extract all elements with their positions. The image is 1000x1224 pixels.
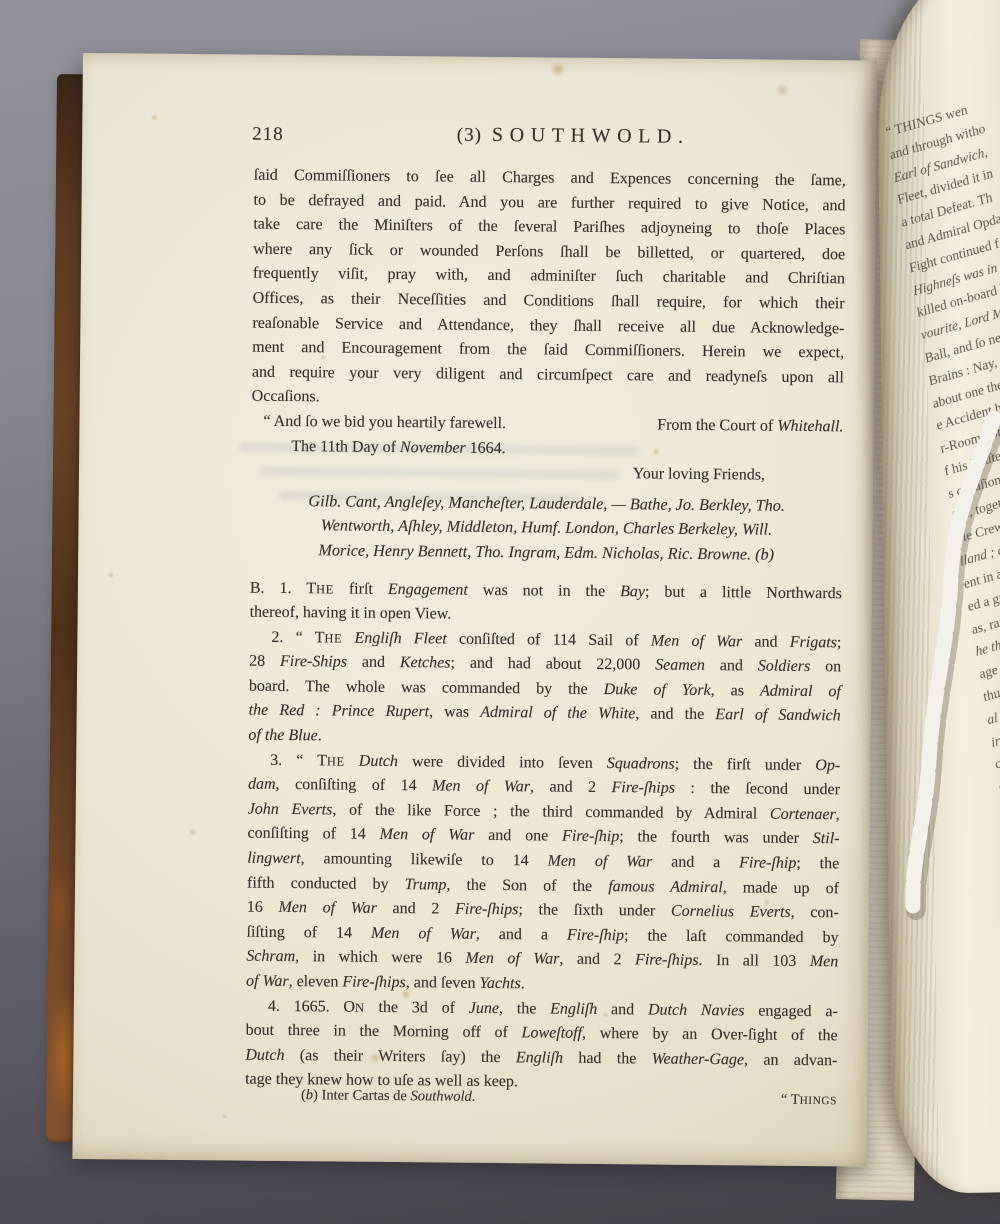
- text-segment: 2. “ T: [271, 629, 324, 647]
- text-segment: Fire-ſhips: [611, 779, 675, 797]
- text-segment: ; the fourth was under: [619, 829, 813, 848]
- text-segment: 4. 1665. O: [268, 997, 355, 1015]
- footnote: (b) Inter Cartas de Southwold.: [301, 1087, 476, 1106]
- text-segment: Engagement: [388, 580, 468, 598]
- text-segment: on: [810, 658, 841, 675]
- text-segment: ,: [836, 806, 840, 823]
- paragraph: ſaid Commiſſioners to ſee all Charges an…: [252, 164, 846, 416]
- text-segment: Fire-ſhip: [567, 926, 624, 944]
- text-segment: to be defrayed and paid. And you are fur…: [254, 191, 846, 214]
- text-segment: 3. “ T: [270, 751, 327, 769]
- text-segment: Men of War: [371, 925, 476, 943]
- page-number: 218: [252, 123, 284, 148]
- text-segment: , and 2: [530, 779, 612, 797]
- text-segment: ; and had about 22,000: [450, 655, 655, 674]
- text-segment: Fire-ſhip: [562, 828, 619, 846]
- text-segment: dam: [248, 776, 276, 793]
- text-segment: Trump: [405, 876, 447, 893]
- text-segment: Dutch: [245, 1046, 284, 1063]
- text-segment: Whitehall.: [777, 418, 843, 436]
- text-segment: Your loving Friends,: [633, 465, 765, 483]
- text-segment: and one: [474, 827, 562, 845]
- text-segment: ; but a little Northwards: [645, 583, 842, 602]
- text-segment: John Everts: [248, 800, 333, 818]
- left-page: 218 (3)SOUTHWOLD. ſaid Commiſſioners to …: [72, 53, 877, 1167]
- text-segment: and: [597, 1001, 648, 1018]
- text-segment: “ And ſo we bid you heartily farewell.: [263, 413, 506, 432]
- text-segment: Admiral of the White: [480, 704, 635, 722]
- text-segment: ; the ſixth under: [518, 901, 671, 919]
- text-segment: ſiſting of 14: [246, 923, 371, 941]
- text-segment: N: [355, 1000, 365, 1014]
- text-segment: Dutch Navies: [648, 1001, 745, 1019]
- text-segment: Offices, as their Neceſſities and Condit…: [253, 290, 845, 313]
- text-segment: ſaid Commiſſioners to ſee all Charges an…: [254, 167, 846, 190]
- text-line: Morice, Henry Bennett, Tho. Ingram, Edm.…: [250, 538, 842, 568]
- catchword: “ THINGS: [781, 1092, 837, 1110]
- text-segment: .: [521, 975, 525, 992]
- text-segment: Schram: [246, 948, 295, 965]
- text-segment: [345, 752, 359, 769]
- text-segment: and: [742, 633, 790, 650]
- text-segment: Weather-Gage: [652, 1050, 745, 1068]
- text-segment: Prince Rupert: [332, 703, 429, 721]
- text-segment: Fire-ſhips: [342, 974, 406, 992]
- text-segment: HE: [324, 631, 342, 645]
- text-segment: Fire-Ships: [280, 653, 347, 671]
- text-segment: Fire-ſhips: [455, 901, 519, 919]
- text-segment: Gilb. Cant, Angleſey, Mancheſter, Lauder…: [308, 492, 785, 515]
- text-segment: , in which were 16: [295, 948, 465, 967]
- text-segment: Ketches: [400, 654, 451, 671]
- text-segment: Men of War: [465, 950, 559, 968]
- body-text: ſaid Commiſſioners to ſee all Charges an…: [245, 164, 846, 1099]
- text-segment: 28: [249, 653, 280, 670]
- text-segment: . In all 103: [698, 952, 810, 970]
- text-segment: Earl of Sandwich: [715, 707, 841, 725]
- text-segment: Bay: [620, 583, 645, 600]
- text-segment: , the: [499, 1000, 550, 1017]
- text-segment: The 11th Day of: [291, 438, 400, 456]
- text-segment: , amounting likewiſe to 14: [301, 850, 548, 869]
- text-segment: Loweſtoff: [522, 1024, 583, 1042]
- facing-page: “ THINGS wenand through withoEarl of San…: [876, 0, 1000, 1194]
- text-segment: conſiſting of 14: [247, 825, 379, 843]
- paragraph: 2. “ THE Engliſh Fleet conſiſted of 114 …: [248, 625, 841, 754]
- text-segment: HINGS: [800, 1095, 837, 1107]
- text-segment: [321, 703, 332, 720]
- text-segment: conſiſted of 114 Sail of: [447, 630, 651, 649]
- text-segment: , the Son of the: [446, 876, 608, 895]
- text-segment: , eleven: [289, 973, 343, 991]
- text-segment: Men of War: [380, 826, 475, 844]
- header-section-number: (3): [457, 125, 482, 146]
- text-segment: .: [318, 727, 322, 744]
- text-segment: , where by an Over-ſight of the: [582, 1025, 838, 1044]
- text-line: Your loving Friends,: [251, 459, 843, 489]
- text-segment: Admiral of: [760, 682, 841, 700]
- text-segment: (as their Writers ſay) the: [284, 1047, 516, 1066]
- text-segment: 16: [247, 899, 279, 916]
- text-segment: ) Inter Cartas de: [313, 1087, 411, 1104]
- text-segment: Occaſions.: [252, 388, 320, 406]
- paragraph: 4. 1665. ON the 3d of June, the Engliſh …: [245, 994, 838, 1098]
- text-segment: bout three in the Morning off of: [246, 1022, 522, 1042]
- text-segment: , an advan-: [744, 1051, 837, 1069]
- text-segment: , and the: [635, 706, 715, 724]
- photo-backdrop: { "colors": { "ink": "#37312a", "paper":…: [0, 0, 1000, 1224]
- text-segment: , made up of: [723, 879, 839, 897]
- text-segment: ;: [837, 634, 842, 651]
- paragraph: B. 1. THE firſt Engagement was not in th…: [250, 576, 842, 631]
- text-segment: : the ſecond under: [675, 780, 840, 799]
- text-segment: and require your very diligent and circu…: [252, 363, 844, 386]
- text-segment: lingwert: [247, 850, 301, 868]
- text-segment: , as: [711, 682, 761, 699]
- text-segment: , and ſeven: [406, 974, 480, 992]
- text-segment: of the Blue: [248, 727, 317, 745]
- text-segment: the 3d of: [365, 998, 469, 1016]
- text-segment: board. The whole was commanded by the: [249, 677, 604, 697]
- text-segment: Engliſh: [516, 1049, 563, 1066]
- text-segment: engaged a-: [744, 1002, 838, 1020]
- text-segment: Men of War: [278, 899, 377, 917]
- page-header: 218 (3)SOUTHWOLD.: [254, 121, 846, 157]
- text-segment: famous Admiral: [608, 878, 723, 896]
- text-segment: Fire-ſhips: [635, 952, 699, 970]
- text-segment: ; the: [796, 855, 839, 872]
- text-segment: firſt: [334, 580, 388, 598]
- text-segment: ment and Encouragement from the ſaid Com…: [252, 339, 844, 362]
- text-segment: take care the Miniſters of the ſeveral P…: [253, 216, 845, 239]
- text-segment: and: [705, 657, 758, 675]
- text-segment: fifth conducted by: [247, 874, 405, 893]
- text-segment: , and a: [476, 926, 567, 944]
- text-segment: HE: [316, 582, 334, 596]
- text-segment: Cortenaer: [770, 805, 836, 823]
- text-segment: Southwold: [410, 1088, 471, 1105]
- text-segment: frequently viſit, pray with, and adminiſ…: [253, 265, 845, 288]
- text-segment: the Red :: [249, 702, 321, 720]
- text-segment: , of the like Force ; the third commande…: [332, 801, 770, 822]
- text-segment: Seamen: [655, 657, 705, 674]
- text-segment: Engliſh: [550, 1000, 597, 1017]
- text-segment: , conſiſting of 14: [275, 776, 432, 795]
- text-segment: From the Court of: [657, 416, 777, 434]
- text-segment: of War: [246, 973, 289, 990]
- text-segment: was not in the: [468, 581, 620, 599]
- text-segment: Men of War: [432, 778, 530, 796]
- text-segment: Men: [810, 953, 839, 970]
- text-segment: B. 1. T: [250, 579, 316, 597]
- text-segment: Fire-ſhip: [739, 854, 796, 872]
- text-segment: June: [469, 999, 499, 1016]
- text-segment: Stil-: [813, 830, 840, 847]
- text-segment: November: [400, 439, 466, 457]
- text-segment: , and 2: [559, 951, 635, 969]
- text-segment: ; the firſt under: [675, 755, 816, 773]
- paragraph: “ And ſo we bid you heartily farewell.Fr…: [251, 410, 844, 489]
- text-segment: Frigats: [790, 633, 837, 650]
- text-segment: Dutch: [359, 752, 398, 769]
- text-segment: had the: [563, 1049, 652, 1067]
- text-segment: [342, 629, 354, 646]
- text-segment: thereof, having it in open View.: [250, 604, 452, 623]
- text-segment: Duke of York: [604, 681, 711, 699]
- text-segment: HE: [327, 754, 345, 768]
- text-segment: ; the laſt commanded by: [624, 927, 839, 946]
- text-block: 218 (3)SOUTHWOLD. ſaid Commiſſioners to …: [245, 121, 846, 1099]
- text-segment: and a: [652, 854, 739, 872]
- text-segment: and 2: [377, 900, 455, 918]
- paragraph: Gilb. Cant, Angleſey, Mancheſter, Lauder…: [250, 488, 843, 567]
- text-segment: , con-: [791, 904, 839, 921]
- text-segment: .: [472, 1089, 476, 1105]
- text-segment: were divided into ſeven: [398, 753, 607, 772]
- text-segment: reaſonable Service and Attendance, they …: [252, 314, 844, 337]
- text-segment: Engliſh Fleet: [354, 629, 446, 647]
- text-segment: Soldiers: [758, 658, 811, 676]
- text-segment: Wentworth, Aſhley, Middleton, Humf. Lond…: [321, 517, 773, 539]
- text-segment: where any ſick or wounded Perſons ſhall …: [253, 240, 845, 263]
- text-segment: Squadrons: [607, 755, 675, 773]
- header-title: SOUTHWOLD.: [492, 124, 690, 148]
- running-title: (3)SOUTHWOLD.: [254, 121, 846, 152]
- text-segment: and: [347, 654, 400, 672]
- text-segment: Men of War: [651, 632, 743, 650]
- text-segment: , was: [429, 704, 480, 721]
- text-segment: Op-: [815, 757, 840, 774]
- text-segment: Men of War: [547, 853, 652, 871]
- text-segment: Morice, Henry Bennett, Tho. Ingram, Edm.…: [318, 541, 774, 563]
- text-segment: 1664.: [466, 439, 506, 456]
- text-segment: Yachts: [479, 975, 520, 992]
- text-segment: Cornelius Everts: [671, 903, 791, 921]
- paragraph: 3. “ THE Dutch were divided into ſeven S…: [246, 748, 840, 1000]
- text-segment: “ T: [781, 1092, 800, 1108]
